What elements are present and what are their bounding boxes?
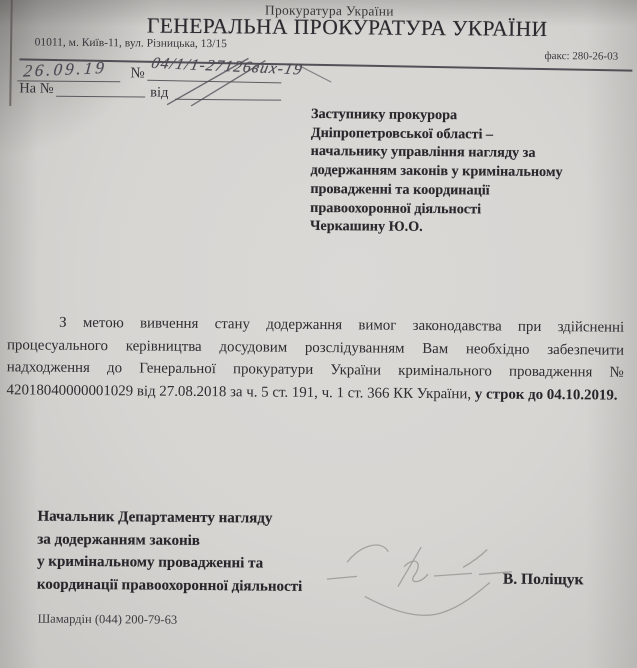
letterhead-fax: факс: 280-26-03 [544, 50, 618, 63]
reply-number-underline [56, 96, 145, 98]
signatory-name: В. Поліщук [503, 571, 584, 590]
signatory-title-line: Начальник Департаменту нагляду [37, 506, 303, 531]
body-deadline-text: у строк до 04.10.2019. [475, 386, 618, 403]
recipient-line: провадженні та координації [310, 180, 615, 201]
recipient-line: додержанням законів у кримінальному [310, 161, 615, 182]
handwritten-outgoing-number: 04/1/1-27126вих-19 [150, 55, 305, 79]
outgoing-number-label: № [130, 65, 144, 82]
outgoing-number-underline [147, 80, 281, 84]
reply-date-label: від [150, 85, 168, 102]
letterhead-rule-line [19, 58, 632, 71]
recipient-block: Заступнику прокурора Дніпропетровської о… [310, 105, 616, 239]
recipient-line: Черкашину Ю.О. [310, 217, 615, 238]
reply-to-number-label: На № [19, 80, 54, 97]
body-paragraph: З метою вивчення стану додержання вимог … [6, 311, 624, 407]
scanned-letter-page: Прокуратура України ГЕНЕРАЛЬНА ПРОКУРАТУ… [0, 0, 637, 668]
reply-date-underline [175, 99, 281, 101]
signatory-title-line: у кримінальному провадженні та [37, 551, 303, 576]
signatory-title-line: координації правоохоронної діяльності [37, 573, 303, 598]
signatory-title-line: за додержанням законів [37, 528, 303, 553]
recipient-line: Заступнику прокурора [311, 105, 616, 126]
scan-content: Прокуратура України ГЕНЕРАЛЬНА ПРОКУРАТУ… [0, 0, 637, 668]
letterhead-address: 01011, м. Київ-11, вул. Різницька, 13/15 [35, 37, 227, 51]
handwritten-date: 26.09.19 [22, 58, 107, 82]
executor-contact: Шамардін (044) 200-79-63 [38, 612, 178, 628]
signatory-title-block: Начальник Департаменту нагляду за додерж… [37, 506, 303, 598]
